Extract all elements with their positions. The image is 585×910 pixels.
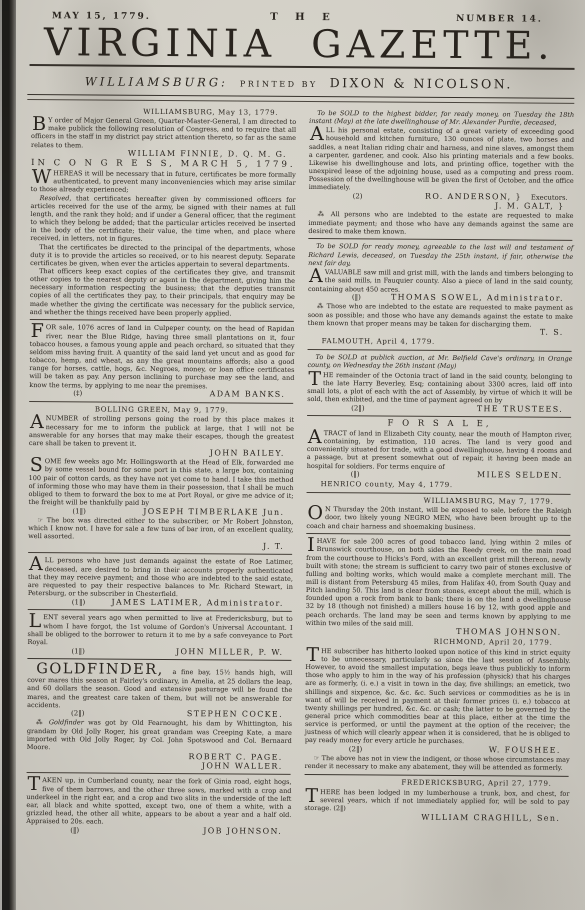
paragraph: BY order of Major General Green, Quarter… (31, 116, 296, 150)
signature-name: JOHN MILLER, P. W. (176, 648, 284, 657)
signature-name: THOMAS JOHNSON. (456, 628, 562, 637)
sheet: MAY 15, 1779. T H E NUMBER 14. VIRGINIA … (8, 0, 585, 910)
signature-line: THOMAS JOHNSON. (306, 627, 571, 637)
paragraph: That the certificates be directed to the… (30, 243, 295, 269)
dateline: WILLIAMSBURG, May 13, 1779. (31, 107, 296, 117)
drop-cap: A (307, 429, 324, 445)
dateline: FALMOUTH, April 4, 1779. (308, 337, 573, 347)
section-divider (308, 238, 572, 241)
section-divider (28, 553, 292, 556)
imprint-place: WILLIAMSBURG: (85, 74, 228, 89)
drop-cap: L (28, 613, 44, 629)
paragraph: IHAVE for sale 200 acres of good tobacco… (306, 537, 572, 629)
signature-name: STEPHEN COCKE. (187, 710, 283, 719)
paragraph: That officers keep exact copies of the c… (30, 267, 295, 318)
drop-cap: A (28, 557, 45, 573)
signature-name: WILLIAM FINNIE, D. Q. M. G. (128, 150, 287, 159)
paragraph: ⁂ Those who are indebted to the estate a… (308, 302, 573, 328)
signature-line: JOHN WALLER. (27, 761, 292, 771)
ad-lead-in: To be SOLD for ready money, agreeable to… (308, 242, 573, 268)
italic-lead: Resolved, (40, 194, 76, 202)
section-divider (306, 533, 570, 536)
newspaper-page: MAY 15, 1779. T H E NUMBER 14. VIRGINIA … (0, 0, 585, 910)
paragraph: ⁂ Goldfinder was got by Old Fearnought, … (27, 719, 292, 753)
section-divider (307, 492, 571, 495)
paragraph: FOR sale, 1076 acres of land in Culpeper… (29, 323, 294, 390)
italic-lead: ⁂ Goldfinder (36, 719, 88, 727)
imprint-printed-by: PRINTED BY (240, 80, 318, 90)
dateline: HENRICO county, May 4, 1779. (307, 480, 572, 490)
section-divider (307, 415, 571, 418)
dateline: WILLIAMSBURG, May 7, 1779. (306, 496, 571, 506)
signature-line: (‖)JOB JOHNSON. (26, 826, 291, 836)
drop-cap: I (306, 537, 317, 553)
signature-name: ADAM BANKS. (210, 390, 286, 399)
signature-name: JAMES LATIMER, Administrator. (111, 598, 283, 607)
reference-mark: (1‖) (72, 507, 85, 515)
paragraph: THERE has been lodged in my lumberhouse … (304, 788, 569, 814)
ad-title: GOLDFINDER, (36, 661, 172, 678)
imprint-line: WILLIAMSBURG: PRINTED BY DIXON & NICOLSO… (21, 73, 576, 92)
paragraph: ALL his personal estate, consisting of a… (309, 126, 574, 193)
reference-mark: (‡) (73, 390, 82, 398)
paragraph: THE subscriber has hitherto looked upon … (305, 647, 571, 747)
paragraph: ANUMBER of strolling persons going the r… (29, 415, 294, 449)
drop-cap: T (304, 788, 320, 804)
signature-name: MILES SELDEN. (477, 471, 563, 480)
section-divider (27, 772, 291, 775)
signature-name: JOSEPH TIMBERLAKE Jun. (143, 508, 284, 517)
paragraph: ☞ The above has not in view the indigent… (305, 754, 570, 772)
signature-line: (1‖)JAMES LATIMER, Administrator. (28, 598, 293, 608)
drop-cap: A (309, 126, 326, 142)
signature-name: J. M. GALT, } (495, 203, 565, 212)
paper-title: VIRGINIA GAZETTE. (22, 22, 577, 66)
paragraph: ATRACT of land in Elizabeth City county,… (307, 429, 572, 472)
signature-name: J. T. (263, 542, 284, 550)
paragraph: THE remainder of the Octonia tract of la… (307, 371, 572, 405)
paragraph: AVALUABLE saw mill and grist mill, with … (308, 268, 573, 294)
signature-line: JOHN BAILEY. (29, 448, 294, 458)
signature-tail: Executors. (531, 194, 568, 202)
right-column: To be SOLD to the highest bidder, for re… (304, 107, 574, 893)
reference-mark: (2) (353, 192, 363, 200)
dateline: RICHMOND, April 20, 1779. (306, 637, 571, 647)
section-divider (30, 319, 294, 322)
paragraph: ALL persons who have just demands agains… (28, 557, 293, 600)
drop-cap: F (30, 323, 46, 339)
signature-line: (‡)ADAM BANKS. (29, 389, 294, 399)
reference-mark: (‖) (351, 471, 360, 479)
section-heading: IN C O N G R E S S, MARCH 5, 1779. (31, 159, 296, 169)
drop-cap: O (306, 505, 325, 521)
signature-name: T. S. (540, 329, 564, 337)
column-area: WILLIAMSBURG, May 13, 1779.BY order of M… (16, 100, 576, 893)
paragraph: TAKEN up, in Cumberland county, near the… (26, 776, 291, 827)
section-divider (29, 401, 293, 404)
italic-lead: ⁂ (317, 302, 327, 310)
paragraph: ON Thursday the 20th instant, will be ex… (306, 505, 571, 531)
signature-name: WILLIAM CRAGHILL, Sen. (421, 813, 560, 822)
signature-line: T. S. (308, 327, 573, 337)
drop-cap: A (29, 415, 46, 431)
drop-cap: W (31, 169, 54, 185)
drop-cap: B (31, 116, 48, 132)
ad-lead-in: To be SOLD at publick auction, at Mr. Be… (307, 353, 572, 371)
drop-cap: T (307, 371, 323, 387)
signature-name: JOHN WALLER. (202, 762, 283, 771)
masthead: MAY 15, 1779. T H E NUMBER 14. VIRGINIA … (21, 6, 577, 104)
signature-name: JOB JOHNSON. (203, 827, 282, 836)
drop-cap: T (26, 776, 42, 792)
reference-mark: (2‖) (351, 404, 364, 412)
signature-line: WILLIAM CRAGHILL, Sen. (304, 813, 569, 823)
signature-name: ROBERT C. PAGE. (189, 753, 283, 762)
signature-line: (‖)MILES SELDEN. (307, 470, 572, 480)
reference-mark: (2‖) (349, 745, 362, 753)
paragraph: ⁂ All persons who are indebted to the es… (308, 210, 573, 236)
reference-mark: (1‖) (71, 647, 84, 655)
reference-mark: (1‖) (72, 598, 85, 606)
reference-mark: (‖) (70, 826, 79, 834)
imprint-printers: DIXON & NICOLSON. (330, 75, 513, 91)
dateline: FREDERICKSBURG, April 27, 1779. (305, 778, 570, 788)
signature-line: (2‖)THE TRUSTEES. (307, 404, 572, 414)
paragraph: LENT several years ago when permitted to… (27, 613, 292, 647)
drop-cap: T (305, 647, 321, 663)
signature-line: (1‖)JOHN MILLER, P. W. (27, 647, 292, 657)
signature-name: THE TRUSTEES. (477, 405, 563, 414)
paragraph: WHEREAS it will be necessary that in fut… (31, 169, 296, 195)
section-divider (305, 774, 569, 777)
paragraph: Resolved, that certificates hereafter gi… (30, 194, 295, 245)
reference-mark: (2‖) (71, 710, 84, 718)
ad-lead-in: To be SOLD to the highest bidder, for re… (309, 108, 574, 126)
paragraph: ☞ The box was directed either to the sub… (28, 516, 293, 542)
reference-mark: (‖) (352, 294, 361, 302)
section-divider (28, 609, 292, 612)
drop-cap: A (308, 268, 325, 284)
drop-cap: S (29, 457, 45, 473)
paragraph: GOLDFINDER, a fine bay, 15½ hands high, … (27, 662, 292, 710)
signature-name: W. FOUSHEE. (489, 746, 561, 755)
left-column: WILLIAMSBURG, May 13, 1779.BY order of M… (26, 105, 296, 891)
signature-name: RO. ANDERSON, } (425, 193, 522, 202)
italic-lead: ⁂ (317, 210, 330, 218)
section-heading: F O R S A L E, (307, 419, 572, 429)
section-divider (308, 349, 572, 352)
signature-line: J. T. (28, 541, 293, 551)
paragraph: SOME few weeks ago Mr. Hollingsworth at … (28, 457, 293, 508)
signature-name: JOHN BAILEY. (210, 449, 285, 458)
